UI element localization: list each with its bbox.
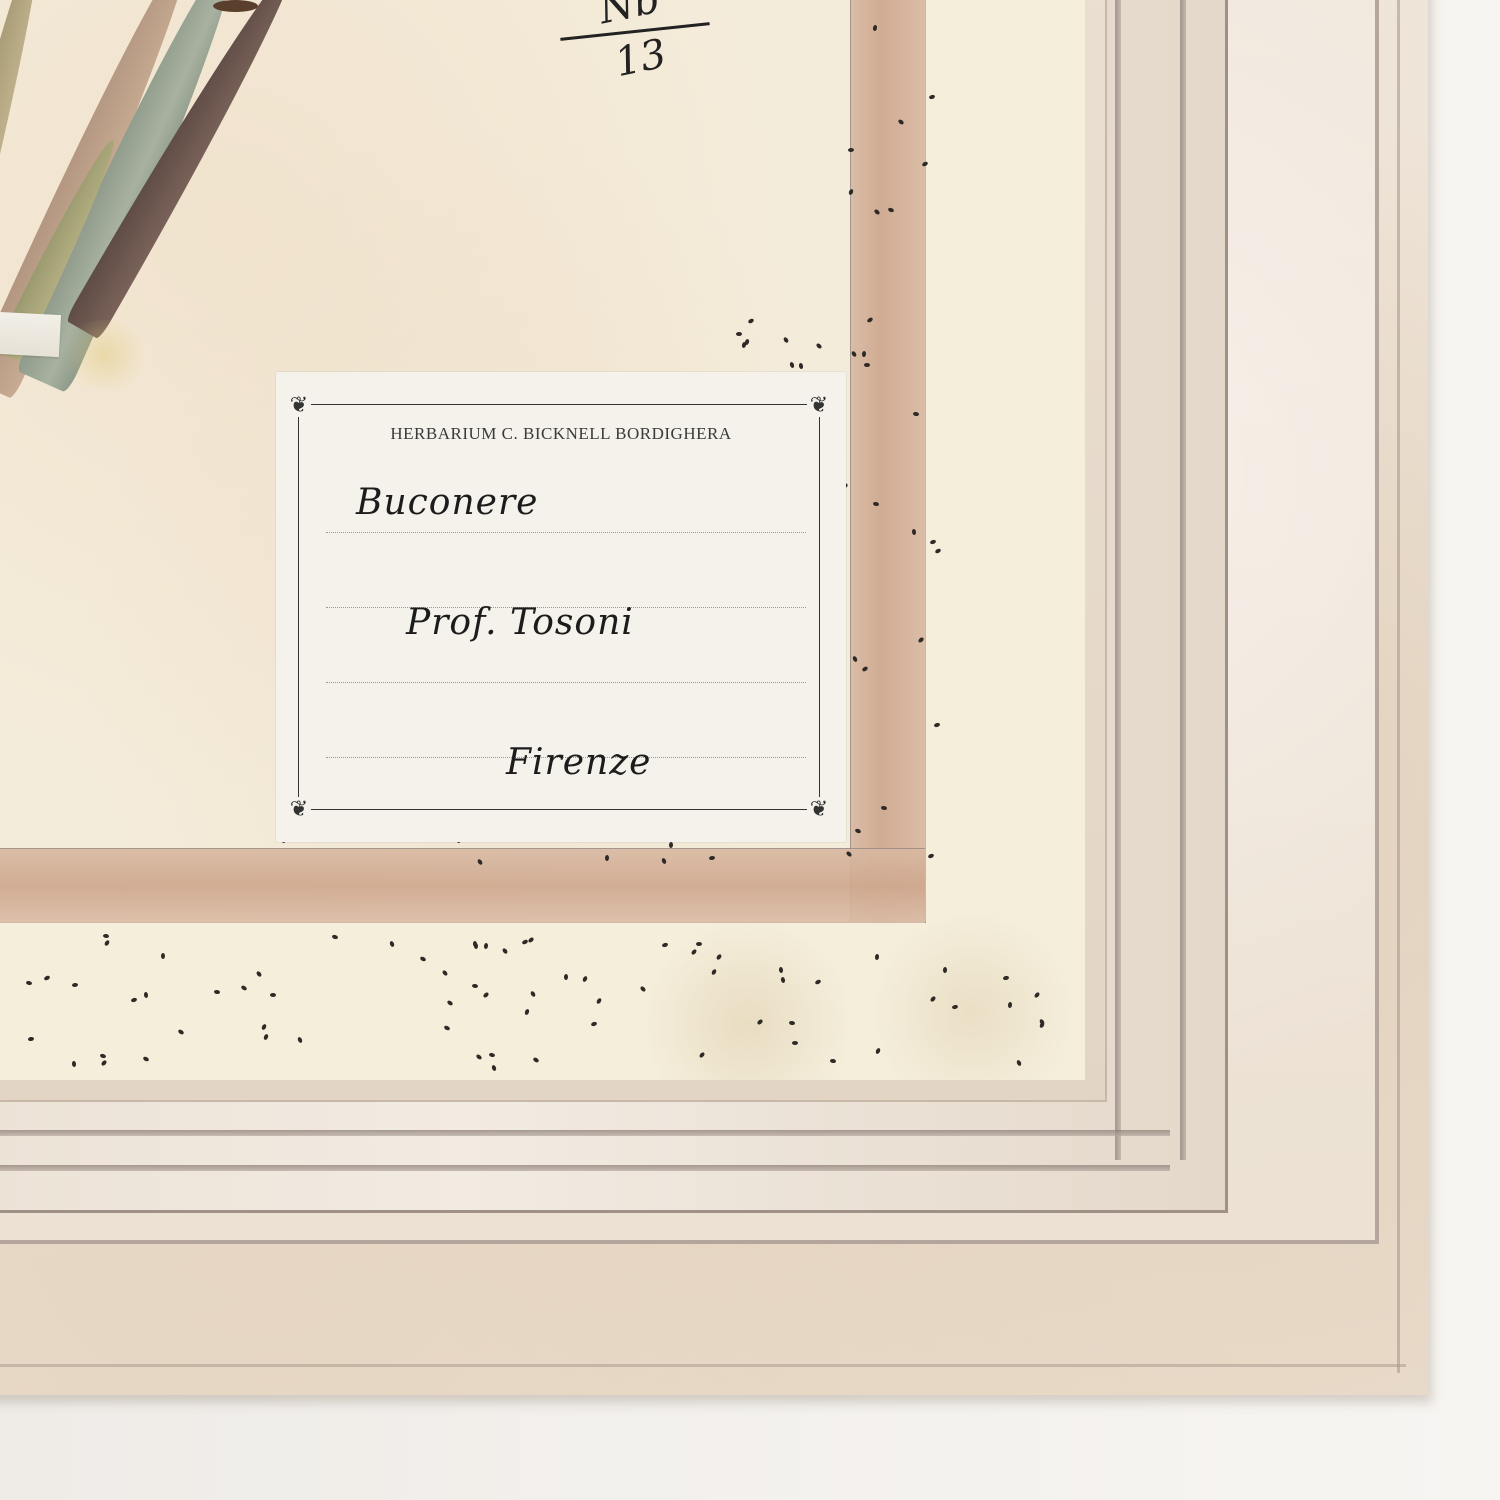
- frame-groove: [1115, 0, 1121, 1160]
- speck: [161, 953, 165, 959]
- label-printed-header: HERBARIUM C. BICKNELL BORDIGHERA: [276, 424, 846, 444]
- ornament-corner-icon: ❦: [807, 797, 831, 821]
- ornament-corner-icon: ❦: [807, 393, 831, 417]
- ornament-corner-icon: ❦: [287, 797, 311, 821]
- label-species-name: Buconere: [356, 482, 538, 523]
- frame-groove: [0, 1130, 1170, 1136]
- speck: [880, 805, 887, 810]
- label-collector: Prof. Tosoni: [406, 602, 634, 643]
- frame-groove: [0, 1165, 1170, 1171]
- speck: [668, 842, 672, 848]
- corner-handwritten-mark: Nb 13: [551, 0, 719, 97]
- speck: [471, 983, 477, 988]
- sheet-border-band-horizontal: [0, 848, 925, 923]
- ornament-corner-icon: ❦: [287, 393, 311, 417]
- speck: [696, 942, 702, 946]
- speck: [864, 363, 870, 367]
- speck: [214, 989, 221, 994]
- dried-flower-petal: [353, 0, 461, 10]
- speck: [792, 1041, 798, 1045]
- insect-specimen-icon: [213, 0, 258, 12]
- label-dotted-line: [326, 682, 806, 683]
- sheet-border-band-vertical: [850, 0, 926, 922]
- speck: [789, 1020, 796, 1025]
- label-dotted-line: [326, 532, 806, 533]
- glue-stain: [60, 320, 150, 390]
- speck: [847, 148, 853, 152]
- speck: [605, 855, 609, 861]
- frame-groove: [1180, 0, 1186, 1160]
- mounting-strip: [0, 309, 61, 357]
- herbarium-label: ❦ ❦ ❦ ❦ HERBARIUM C. BICKNELL BORDIGHERA…: [276, 372, 846, 842]
- speck: [563, 974, 567, 980]
- mark-line-2: 13: [611, 31, 670, 87]
- label-locality: Firenze: [506, 742, 651, 783]
